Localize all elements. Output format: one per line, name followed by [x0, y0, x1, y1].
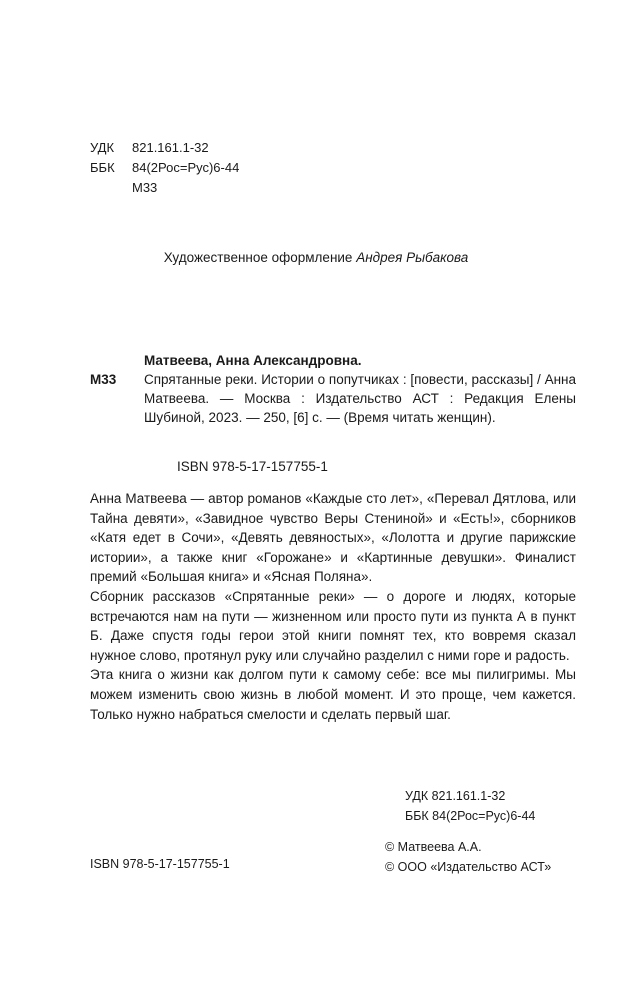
annotation-paragraph: Анна Матвеева — автор романов «Каждые ст… — [90, 489, 576, 587]
author-mark: М33 — [132, 178, 157, 198]
copyright-publisher: © ООО «Издательство АСТ» — [385, 857, 551, 877]
record-author: Матвеева, Анна Александровна. — [144, 351, 576, 370]
footer-udk: УДК 821.161.1-32 — [405, 786, 535, 806]
art-credit-prefix: Художественное оформление — [164, 250, 353, 265]
record-author-mark: М33 — [90, 370, 144, 427]
record-description: Спрятанные реки. Истории о попутчиках : … — [144, 370, 576, 427]
bbk-value: 84(2Рос=Рус)6-44 — [132, 158, 239, 178]
bibliographic-record: Матвеева, Анна Александровна. М33 Спрята… — [90, 351, 576, 427]
annotation-paragraph: Эта книга о жизни как долгом пути к само… — [90, 665, 576, 724]
art-credit: Художественное оформление Андрея Рыбаков… — [0, 250, 632, 265]
footer-codes: УДК 821.161.1-32 ББК 84(2Рос=Рус)6-44 — [405, 786, 535, 826]
footer-isbn: ISBN 978-5-17-157755-1 — [90, 857, 230, 871]
udk-row: УДК 821.161.1-32 — [90, 138, 239, 158]
copyright-author: © Матвеева А.А. — [385, 837, 551, 857]
record-isbn: ISBN 978-5-17-157755-1 — [177, 459, 328, 474]
footer-bbk: ББК 84(2Рос=Рус)6-44 — [405, 806, 535, 826]
art-credit-name: Андрея Рыбакова — [356, 250, 468, 265]
annotation: Анна Матвеева — автор романов «Каждые ст… — [90, 489, 576, 724]
bbk-label: ББК — [90, 158, 132, 178]
classification-codes: УДК 821.161.1-32 ББК 84(2Рос=Рус)6-44 М3… — [90, 138, 239, 198]
copyright-block: © Матвеева А.А. © ООО «Издательство АСТ» — [385, 837, 551, 877]
author-mark-row: М33 — [90, 178, 239, 198]
udk-label: УДК — [90, 138, 132, 158]
annotation-paragraph: Сборник рассказов «Спрятанные реки» — о … — [90, 587, 576, 665]
udk-value: 821.161.1-32 — [132, 138, 209, 158]
bbk-row: ББК 84(2Рос=Рус)6-44 — [90, 158, 239, 178]
